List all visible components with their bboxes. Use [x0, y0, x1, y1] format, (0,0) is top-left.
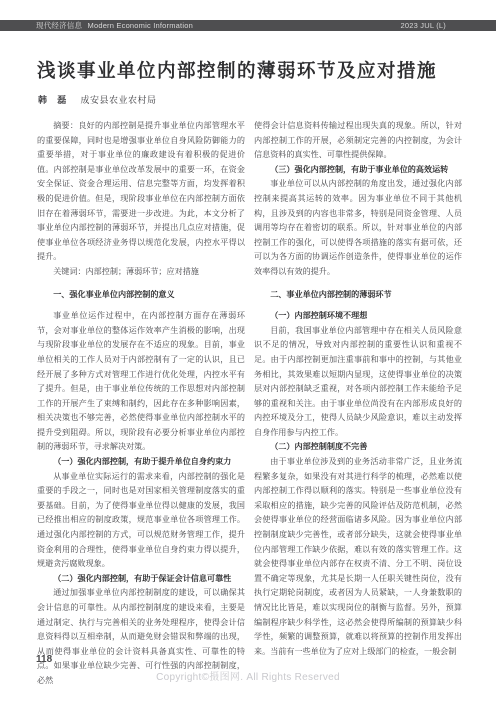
subsection-heading: （一）内部控制环境不理想 — [254, 309, 462, 324]
left-column: 摘要：良好的内部控制是提升事业单位内部管理水平的重要保障，同时也是增强事业单位自… — [37, 119, 245, 689]
issue-date: 2023 JUL (L) — [401, 21, 446, 30]
journal-name-en: Modern Economic Information — [88, 21, 193, 30]
journal-header-bar: 现代经济信息 Modern Economic Information 2023 … — [0, 20, 496, 31]
paragraph: 事业单位运作过程中，在内部控制方面存在薄弱环节，会对事业单位的整体运作效率产生消… — [37, 309, 245, 455]
paragraph-continued: 使得会计信息资料传输过程出现失真的现象。所以，针对内部控制工作的开展，必须制定完… — [254, 119, 462, 163]
article-body: 摘要：良好的内部控制是提升事业单位内部管理水平的重要保障，同时也是增强事业单位自… — [37, 119, 463, 689]
byline: 韩 磊 成安县农业农村局 — [38, 93, 157, 106]
paragraph: 从事业单位实际运行的需求来看，内部控制的强化是重要的手段之一，同时也是对国家相关… — [37, 470, 245, 572]
keywords: 关键词：内部控制；薄弱环节；应对措施 — [37, 265, 245, 280]
section-heading: 一、强化事业单位内部控制的意义 — [37, 288, 245, 303]
journal-name: 现代经济信息 Modern Economic Information — [36, 20, 193, 31]
paragraph: 目前，我国事业单位内部管理中存在相关人员风险意识不足的情况，导致对内部控制的重要… — [254, 324, 462, 441]
abstract: 摘要：良好的内部控制是提升事业单位内部管理水平的重要保障，同时也是增强事业单位自… — [37, 119, 245, 265]
paragraph: 由于事业单位涉及到的业务活动非常广泛，且业务流程繁多复杂，如果没有对其进行科学的… — [254, 455, 462, 659]
author-affiliation: 成安县农业农村局 — [81, 95, 157, 105]
journal-name-cn: 现代经济信息 — [36, 21, 82, 30]
section-heading: 二、事业单位内部控制的薄弱环节 — [254, 288, 462, 303]
paragraph: 事业单位可以从内部控制的角度出发，通过强化内部控制来提高其运转的效率。因为事业单… — [254, 177, 462, 279]
subsection-heading: （二）强化内部控制，有助于保证会计信息可靠性 — [37, 572, 245, 587]
article-title: 浅谈事业单位内部控制的薄弱环节及应对措施 — [37, 57, 466, 83]
page-number: 118 — [36, 654, 52, 665]
subsection-heading: （二）内部控制制度不完善 — [254, 440, 462, 455]
watermark-text: Copyright©摄图网. All Rights Reserved — [0, 668, 496, 683]
subsection-heading: （一）强化内部控制，有助于提升单位自身约束力 — [37, 455, 245, 470]
author-name: 韩 磊 — [38, 95, 70, 105]
subsection-heading: （三）强化内部控制，有助于事业单位的高效运转 — [254, 163, 462, 178]
right-column: 使得会计信息资料传输过程出现失真的现象。所以，针对内部控制工作的开展，必须制定完… — [254, 119, 462, 689]
